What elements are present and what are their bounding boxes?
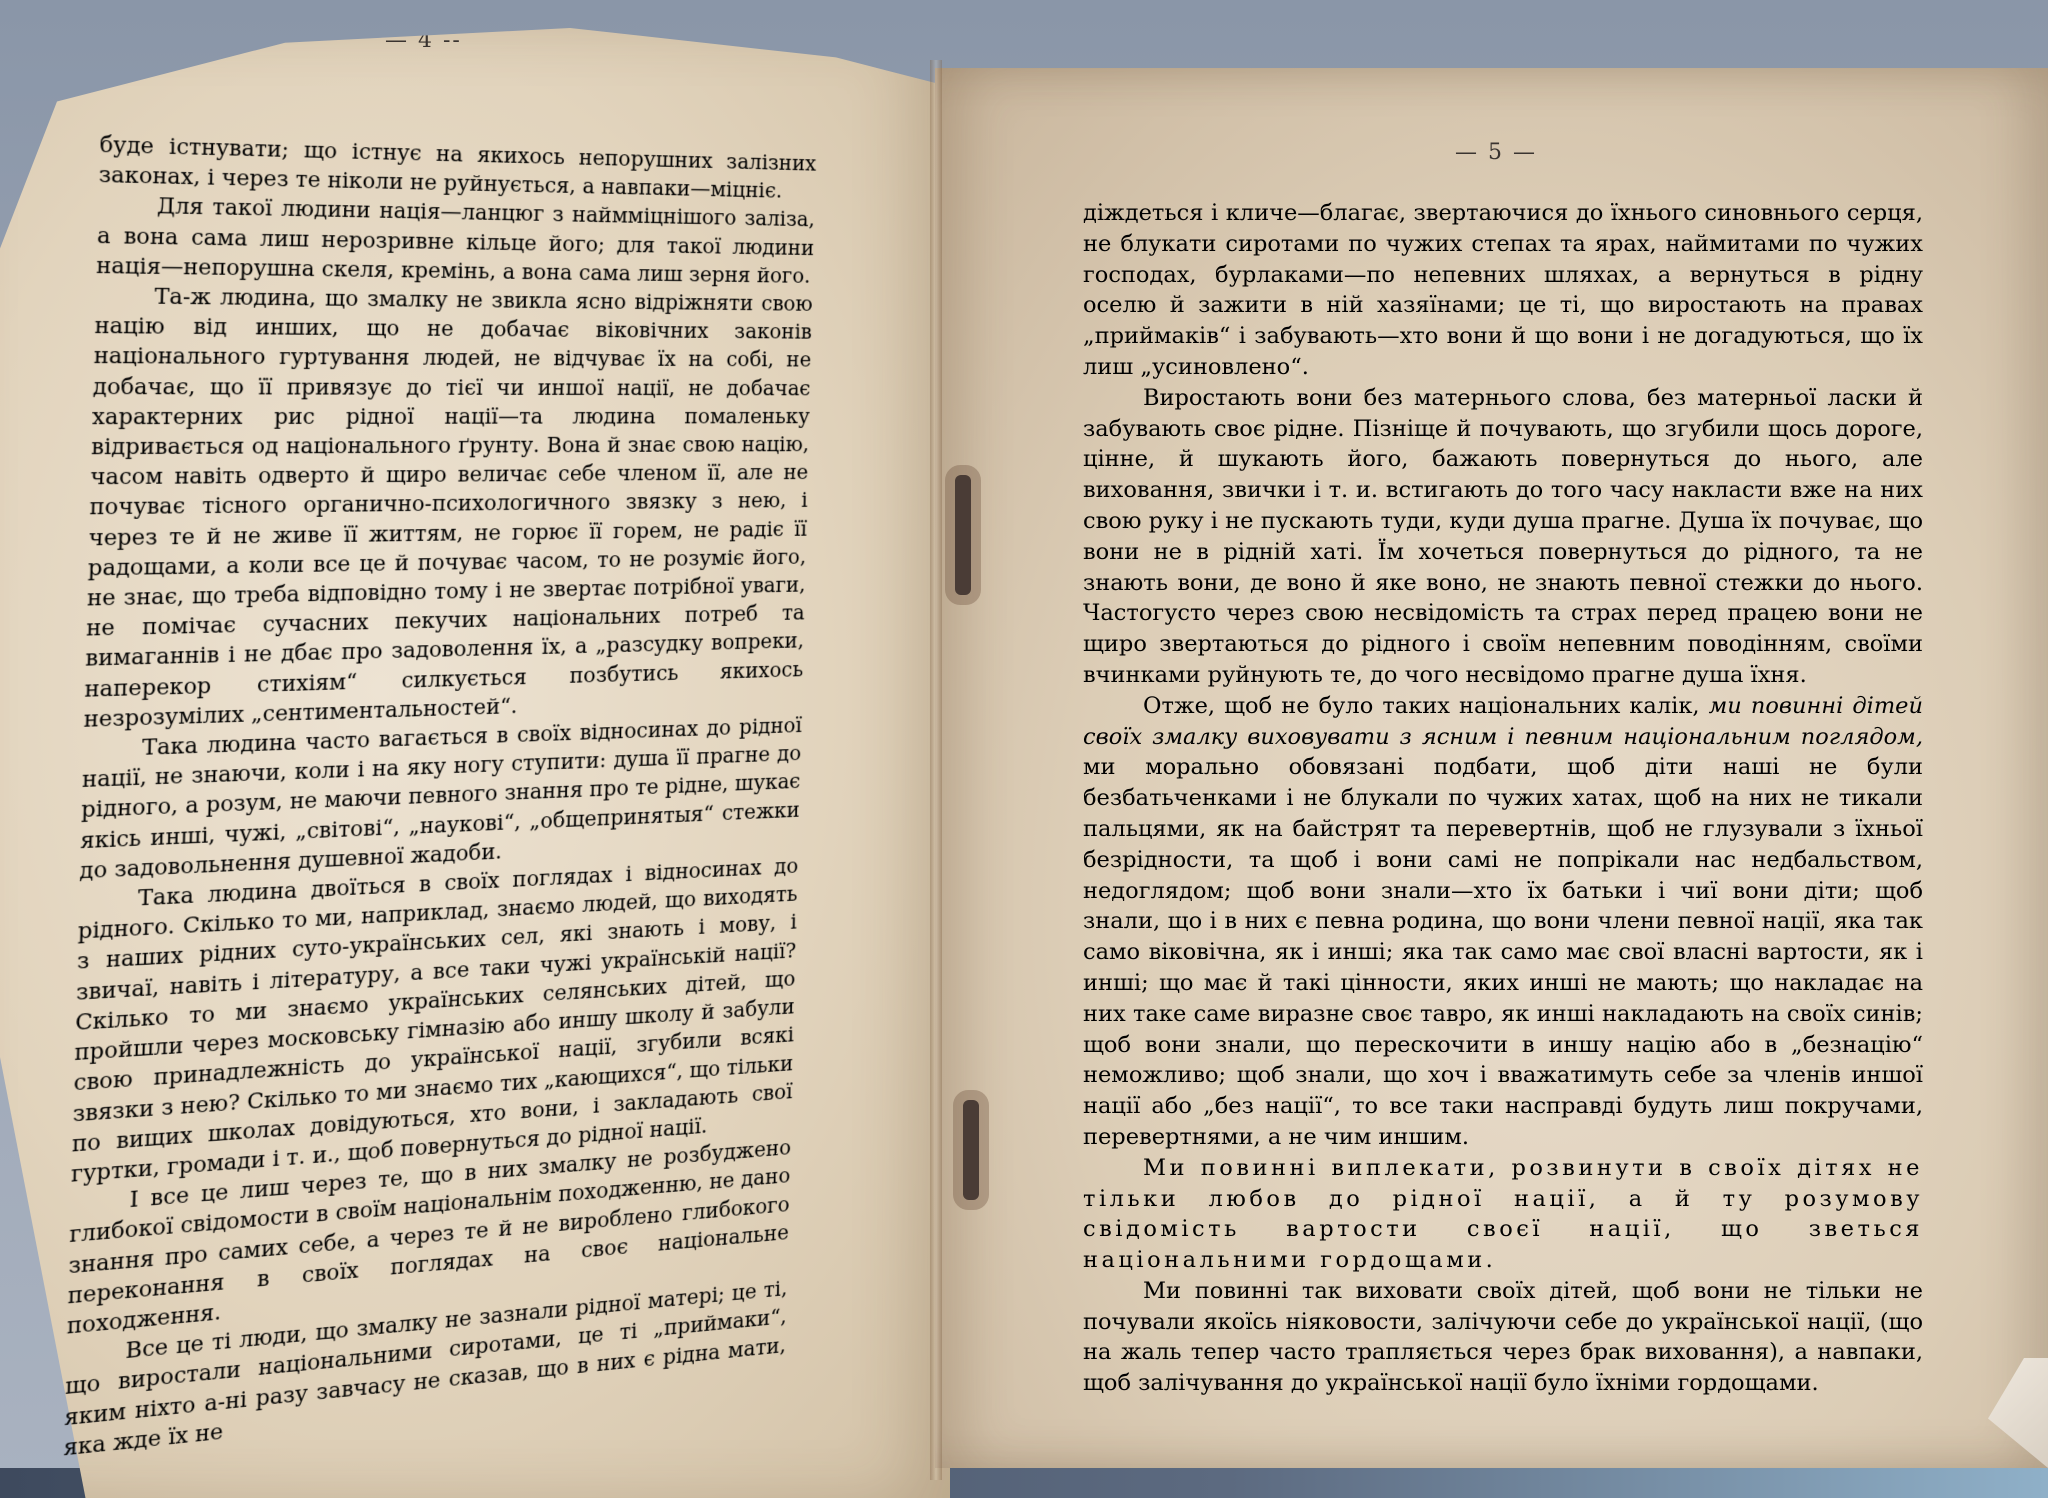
paragraph: Така людина двоїться в своїх поглядах і … xyxy=(71,852,799,1190)
paragraph: Виростають вони без матернього слова, бе… xyxy=(1083,383,1923,691)
paragraph: діждеться і кличе—благає, звертаючися до… xyxy=(1083,198,1923,383)
staple-bottom-icon xyxy=(963,1100,979,1200)
page-number-right: — 5 — xyxy=(1455,140,1537,165)
plain-text: ми морально обовязані подбати, щоб діти … xyxy=(1083,754,1923,1150)
paragraph: Та-ж людина, що змалку не звикла ясно ві… xyxy=(83,281,813,735)
right-page-text: діждеться і кличе—благає, звертаючися до… xyxy=(1083,198,1923,1399)
paragraph-emphasis: Отже, щоб не було таких національних кал… xyxy=(1083,691,1923,1153)
staple-top-icon xyxy=(955,475,971,595)
book-spine xyxy=(930,60,942,1480)
plain-text: Отже, щоб не було таких національних кал… xyxy=(1143,693,1709,719)
paragraph: Для такої людини нація—ланцюг з наймміцн… xyxy=(96,190,815,290)
paragraph-spaced: Ми повинні виплекати, розвинути в своїх … xyxy=(1083,1153,1923,1276)
left-page-text: буде істнувати; що істнує на якихось неп… xyxy=(63,130,816,1463)
page-number-left: — 4 -- xyxy=(385,28,462,53)
paragraph: Ми повинні так виховати своїх дітей, щоб… xyxy=(1083,1276,1923,1399)
